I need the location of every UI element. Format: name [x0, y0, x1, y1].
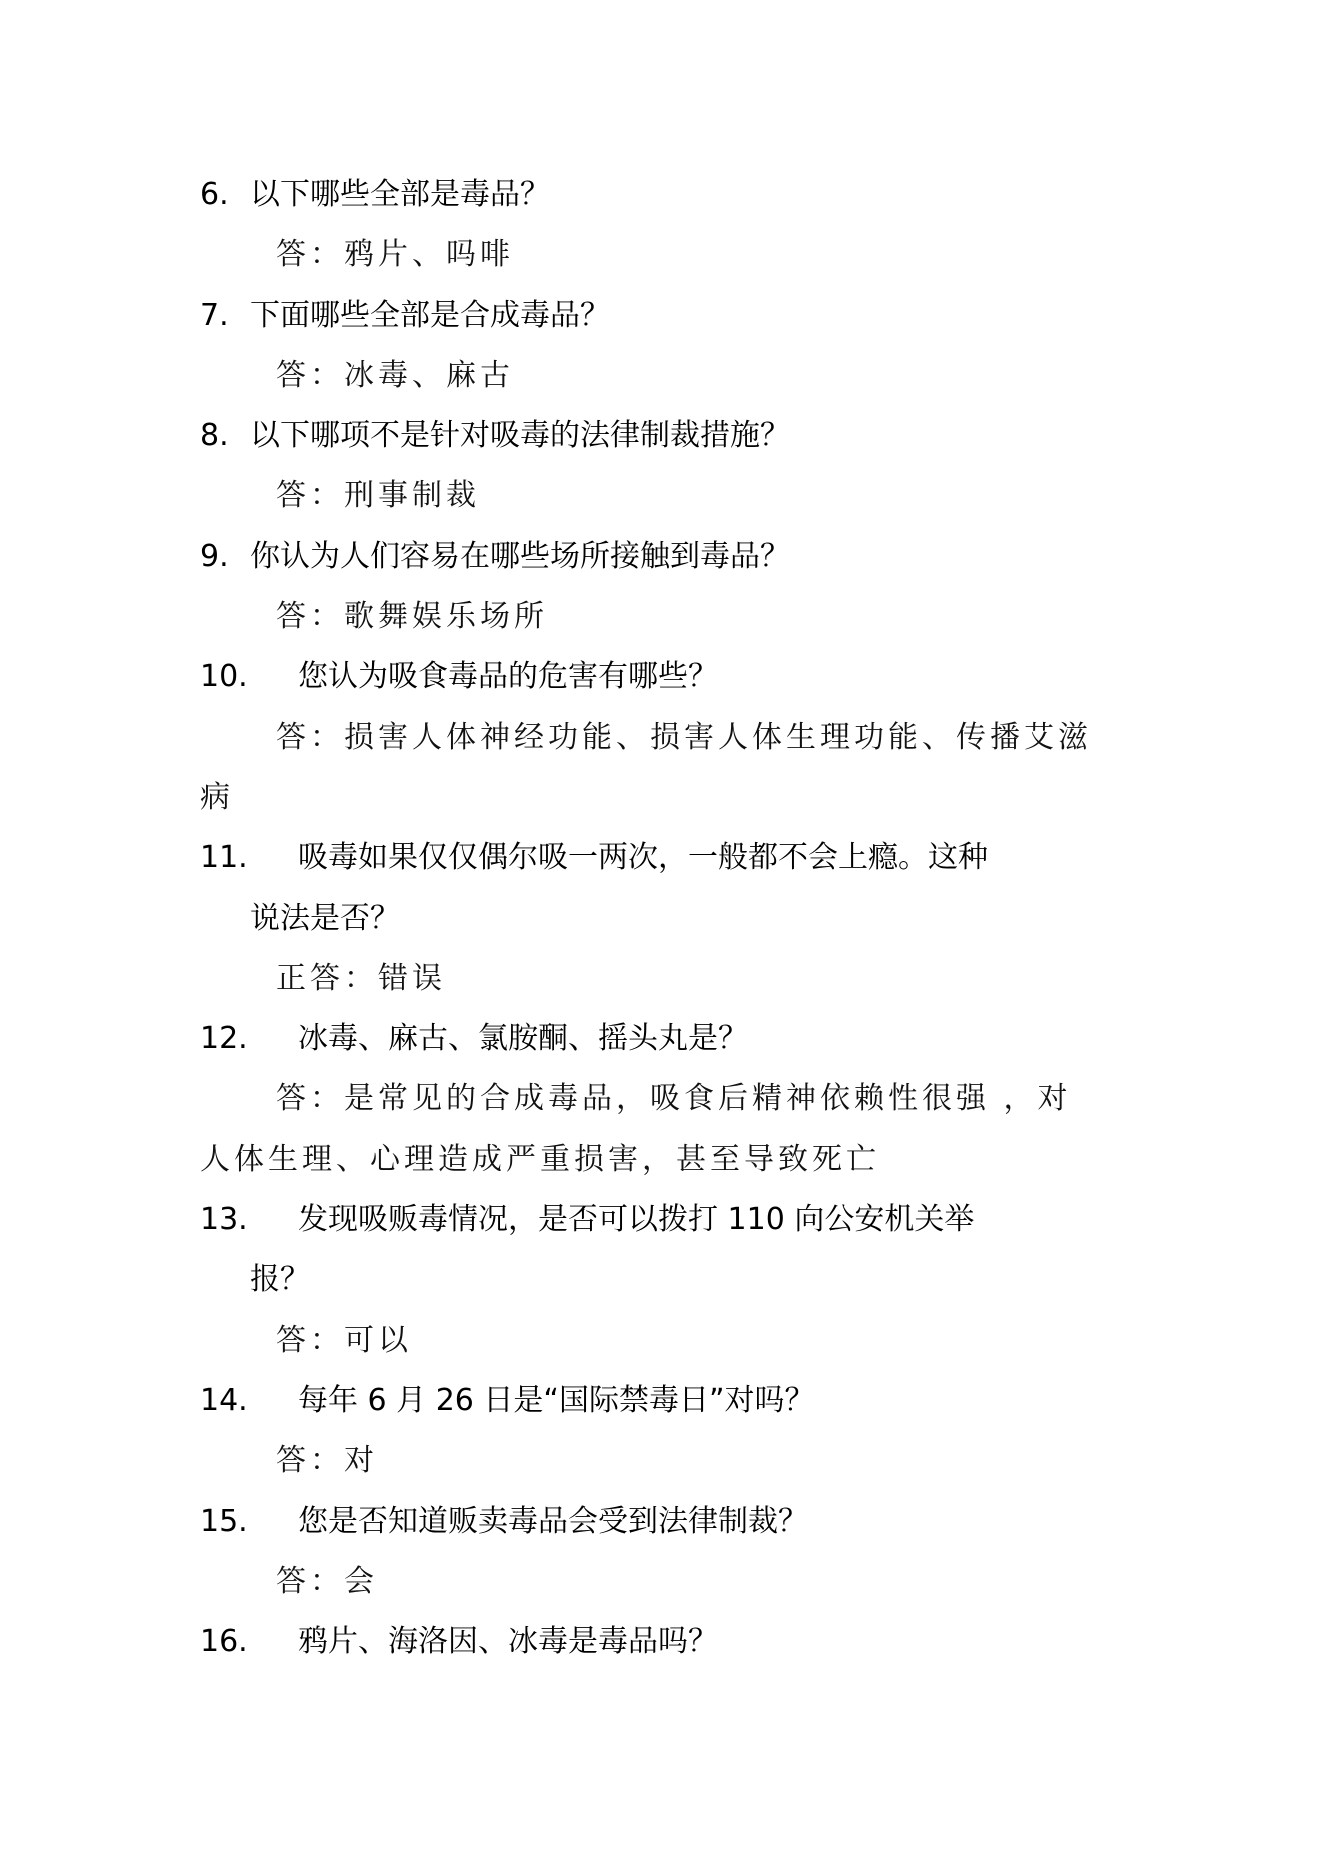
question-text: 您是否知道贩卖毒品会受到法律制裁？	[298, 1504, 808, 1539]
question-number: 12.	[200, 1009, 298, 1069]
question-text: 您认为吸食毒品的危害有哪些？	[298, 659, 718, 694]
question-text: 吸毒如果仅仅偶尔吸一两次，一般都不会上瘾。这种	[298, 840, 988, 875]
question-text: 以下哪项不是针对吸毒的法律制裁措施？	[250, 418, 790, 453]
answer-14: 答：对	[200, 1431, 1140, 1491]
answer-7: 答：冰毒、麻古	[200, 346, 1140, 406]
question-13-continued: 报？	[200, 1250, 1140, 1310]
question-6: 6.以下哪些全部是毒品？	[200, 165, 1140, 225]
question-text: 每年 6 月 26 日是“国际禁毒日”对吗？	[298, 1383, 815, 1418]
question-number: 14.	[200, 1371, 298, 1431]
question-8: 8.以下哪项不是针对吸毒的法律制裁措施？	[200, 406, 1140, 466]
answer-10: 答：损害人体神经功能、损害人体生理功能、传播艾滋	[200, 708, 1140, 768]
question-number: 16.	[200, 1612, 298, 1672]
question-number: 8.	[200, 406, 250, 466]
answer-12-continued: 人体生理、心理造成严重损害，甚至导致死亡	[200, 1130, 1140, 1190]
question-number: 6.	[200, 165, 250, 225]
answer-12: 答：是常见的合成毒品，吸食后精神依赖性很强 ，对	[200, 1069, 1140, 1129]
question-number: 9.	[200, 527, 250, 587]
document-page: 6.以下哪些全部是毒品？ 答：鸦片、吗啡 7.下面哪些全部是合成毒品？ 答：冰毒…	[200, 165, 1140, 1672]
question-14: 14.每年 6 月 26 日是“国际禁毒日”对吗？	[200, 1371, 1140, 1431]
question-text: 发现吸贩毒情况，是否可以拨打 110 向公安机关举	[298, 1202, 974, 1237]
answer-8: 答：刑事制裁	[200, 466, 1140, 526]
question-15: 15.您是否知道贩卖毒品会受到法律制裁？	[200, 1492, 1140, 1552]
question-number: 15.	[200, 1492, 298, 1552]
answer-13: 答：可以	[200, 1311, 1140, 1371]
question-7: 7.下面哪些全部是合成毒品？	[200, 286, 1140, 346]
question-11-continued: 说法是否？	[200, 889, 1140, 949]
question-number: 11.	[200, 828, 298, 888]
answer-9: 答：歌舞娱乐场所	[200, 587, 1140, 647]
question-text: 冰毒、麻古、氯胺酮、摇头丸是？	[298, 1021, 748, 1056]
answer-6: 答：鸦片、吗啡	[200, 225, 1140, 285]
question-text: 下面哪些全部是合成毒品？	[250, 298, 610, 333]
question-number: 10.	[200, 647, 298, 707]
question-16: 16.鸦片、海洛因、冰毒是毒品吗？	[200, 1612, 1140, 1672]
answer-15: 答：会	[200, 1552, 1140, 1612]
question-9: 9.你认为人们容易在哪些场所接触到毒品？	[200, 527, 1140, 587]
answer-10-continued: 病	[200, 768, 1140, 828]
question-12: 12.冰毒、麻古、氯胺酮、摇头丸是？	[200, 1009, 1140, 1069]
question-number: 7.	[200, 286, 250, 346]
question-11: 11.吸毒如果仅仅偶尔吸一两次，一般都不会上瘾。这种	[200, 828, 1140, 888]
question-text: 你认为人们容易在哪些场所接触到毒品？	[250, 539, 790, 574]
question-text: 以下哪些全部是毒品？	[250, 177, 550, 212]
question-text: 鸦片、海洛因、冰毒是毒品吗？	[298, 1624, 718, 1659]
question-number: 13.	[200, 1190, 298, 1250]
question-13: 13.发现吸贩毒情况，是否可以拨打 110 向公安机关举	[200, 1190, 1140, 1250]
answer-11: 正答：错误	[200, 949, 1140, 1009]
question-10: 10.您认为吸食毒品的危害有哪些？	[200, 647, 1140, 707]
